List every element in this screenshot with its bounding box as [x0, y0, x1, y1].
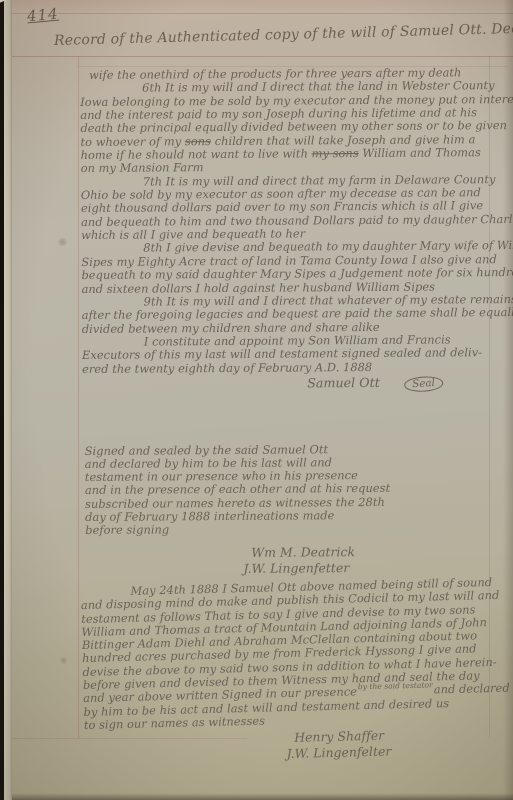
attestation-line: before signing — [83, 521, 507, 537]
attestation-block: Signed and sealed by the said Samuel Ott… — [83, 442, 508, 537]
line-text: and declared — [434, 681, 510, 697]
page-stack-edge — [4, 0, 12, 800]
paper-stain — [58, 238, 67, 246]
ledger-page: 414 Record of the Authenticated copy of … — [12, 0, 513, 800]
page-bottom-edge — [12, 793, 513, 800]
line-text: William and Thomas — [359, 145, 481, 160]
codicil-witness-signatures: Henry Shaffer J.W. Lingenfelter — [84, 725, 509, 767]
page-number: 414 — [26, 5, 59, 26]
paper-stain — [60, 657, 67, 664]
signature-name: Samuel Ott — [307, 375, 380, 391]
page-title: Record of the Authenticated copy of the … — [54, 21, 513, 49]
page-top-crease — [12, 13, 513, 14]
struck-word: sons — [185, 134, 211, 148]
witness-signature: J.W. Lingenfetter — [83, 559, 507, 577]
testator-signature: Samuel OttSeal — [82, 373, 506, 393]
page-right-shading — [503, 0, 513, 800]
codicil-block: May 24th 1888 I Samuel Ott above named b… — [80, 576, 508, 768]
seal-mark: Seal — [403, 375, 443, 392]
witness-signatures: Wm M. Deatrick J.W. Lingenfetter — [83, 543, 507, 577]
struck-word: my sons — [312, 146, 359, 160]
header-rule-line — [12, 56, 513, 57]
left-margin-line — [78, 56, 79, 738]
manuscript-text-column: wife the onethird of the products for th… — [80, 66, 509, 767]
interlineation-note: by the said testator — [358, 679, 433, 694]
page-top-band — [12, 0, 513, 13]
ledger-scan-photo: 414 Record of the Authenticated copy of … — [0, 0, 513, 800]
